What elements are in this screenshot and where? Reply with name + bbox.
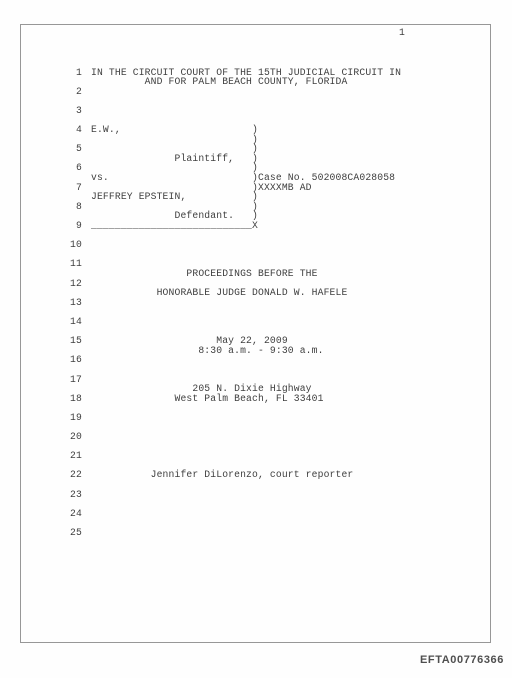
transcript-row: 21 [21,451,490,461]
line-number [21,173,82,183]
line-number: 1 [21,68,82,78]
bates-number: EFTA00776366 [420,654,504,666]
line-number: 10 [21,240,82,250]
transcript-row [21,96,490,106]
line-number: 5 [21,144,82,154]
transcript-row: 25 [21,528,490,538]
line-number [21,211,82,221]
transcript-row [21,250,490,260]
transcript-row [21,422,490,432]
line-text: West Palm Beach, FL 33401 [91,394,324,404]
line-number: 8 [21,202,82,212]
transcript-row [21,365,490,375]
line-number: 24 [21,509,82,519]
line-number [21,135,82,145]
line-number: 25 [21,528,82,538]
transcript-row [21,480,490,490]
document-page: 1 1IN THE CIRCUIT COURT OF THE 15TH JUDI… [0,0,512,678]
transcript-row: 9___________________________X [21,221,490,231]
transcript-row: 8:30 a.m. - 9:30 a.m. [21,346,490,356]
transcript-row: 18 West Palm Beach, FL 33401 [21,394,490,404]
line-text: 8:30 a.m. - 9:30 a.m. [91,346,324,356]
line-text: AND FOR PALM BEACH COUNTY, FLORIDA [91,77,347,87]
line-number: 12 [21,279,82,289]
line-text: HONORABLE JUDGE DONALD W. HAFELE [91,288,347,298]
line-number: 19 [21,413,82,423]
line-number: 7 [21,183,82,193]
transcript-row [21,307,490,317]
line-number: 14 [21,317,82,327]
transcript-row [21,518,490,528]
transcript-row: 23 [21,490,490,500]
line-number [21,115,82,125]
line-number [21,77,82,87]
line-number: 20 [21,432,82,442]
transcript-row: AND FOR PALM BEACH COUNTY, FLORIDA [21,77,490,87]
line-number: 9 [21,221,82,231]
transcript-row: 2 [21,87,490,97]
line-number: 22 [21,470,82,480]
transcript-row: 13 [21,298,490,308]
transcript-row [21,499,490,509]
transcript-row: 16 [21,355,490,365]
line-number: 23 [21,490,82,500]
line-number: 16 [21,355,82,365]
page-border: 1 1IN THE CIRCUIT COURT OF THE 15TH JUDI… [20,24,491,643]
transcript-row: 24 [21,509,490,519]
transcript-row: HONORABLE JUDGE DONALD W. HAFELE [21,288,490,298]
page-number: 1 [399,28,405,38]
line-number: 17 [21,375,82,385]
line-text: PROCEEDINGS BEFORE THE [91,269,318,279]
line-number: 6 [21,163,82,173]
transcript-row: 20 [21,432,490,442]
transcript-body: 1IN THE CIRCUIT COURT OF THE 15TH JUDICI… [21,68,490,538]
transcript-row: 10 [21,240,490,250]
line-number [21,192,82,202]
line-number: 13 [21,298,82,308]
line-number: 21 [21,451,82,461]
transcript-row: 14 [21,317,490,327]
line-text: Jennifer DiLorenzo, court reporter [91,470,353,480]
transcript-row: 19 [21,413,490,423]
line-number: 18 [21,394,82,404]
transcript-row: 22 Jennifer DiLorenzo, court reporter [21,470,490,480]
line-number [21,154,82,164]
line-number: 2 [21,87,82,97]
line-number: 4 [21,125,82,135]
line-number: 3 [21,106,82,116]
line-number [21,96,82,106]
transcript-row [21,442,490,452]
line-number: 15 [21,336,82,346]
line-number: 11 [21,259,82,269]
transcript-row [21,231,490,241]
transcript-row [21,403,490,413]
line-text: ___________________________X [91,221,258,231]
transcript-row: PROCEEDINGS BEFORE THE [21,269,490,279]
transcript-row: 3 [21,106,490,116]
